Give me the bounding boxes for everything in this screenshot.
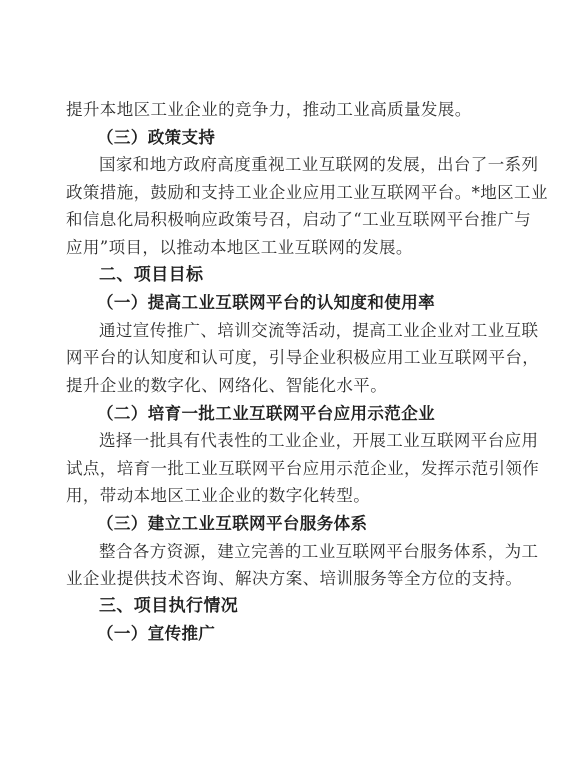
subsection-heading: （一）提高工业互联网平台的认知度和使用率 bbox=[66, 289, 528, 317]
body-line: 提升企业的数字化、网络化、智能化水平。 bbox=[66, 372, 528, 400]
body-line: 通过宣传推广、培训交流等活动，提高工业企业对工业互联 bbox=[66, 317, 528, 345]
section-heading: 三、项目执行情况 bbox=[66, 593, 528, 621]
body-line: 应用”项目，以推动本地区工业互联网的发展。 bbox=[66, 234, 528, 262]
body-line: 网平台的认知度和认可度，引导企业积极应用工业互联网平台， bbox=[66, 344, 528, 372]
document-page: 提升本地区工业企业的竞争力，推动工业高质量发展。 （三）政策支持 国家和地方政府… bbox=[0, 0, 586, 759]
subsection-heading: （二）培育一批工业互联网平台应用示范企业 bbox=[66, 400, 528, 428]
document-text-block: 提升本地区工业企业的竞争力，推动工业高质量发展。 （三）政策支持 国家和地方政府… bbox=[66, 96, 528, 648]
body-line: 提升本地区工业企业的竞争力，推动工业高质量发展。 bbox=[66, 96, 528, 124]
body-line: 政策措施，鼓励和支持工业企业应用工业互联网平台。*地区工业 bbox=[66, 179, 528, 207]
body-line: 用，带动本地区工业企业的数字化转型。 bbox=[66, 482, 528, 510]
body-line: 整合各方资源，建立完善的工业互联网平台服务体系，为工 bbox=[66, 538, 528, 566]
body-line: 试点，培育一批工业互联网平台应用示范企业，发挥示范引领作 bbox=[66, 455, 528, 483]
body-line: 国家和地方政府高度重视工业互联网的发展，出台了一系列 bbox=[66, 151, 528, 179]
section-heading: 二、项目目标 bbox=[66, 262, 528, 290]
subsection-heading: （三）政策支持 bbox=[66, 124, 528, 152]
body-line: 和信息化局积极响应政策号召，启动了“工业互联网平台推广与 bbox=[66, 206, 528, 234]
subsection-heading: （一）宣传推广 bbox=[66, 620, 528, 648]
body-line: 业企业提供技术咨询、解决方案、培训服务等全方位的支持。 bbox=[66, 565, 528, 593]
subsection-heading: （三）建立工业互联网平台服务体系 bbox=[66, 510, 528, 538]
body-line: 选择一批具有代表性的工业企业，开展工业互联网平台应用 bbox=[66, 427, 528, 455]
